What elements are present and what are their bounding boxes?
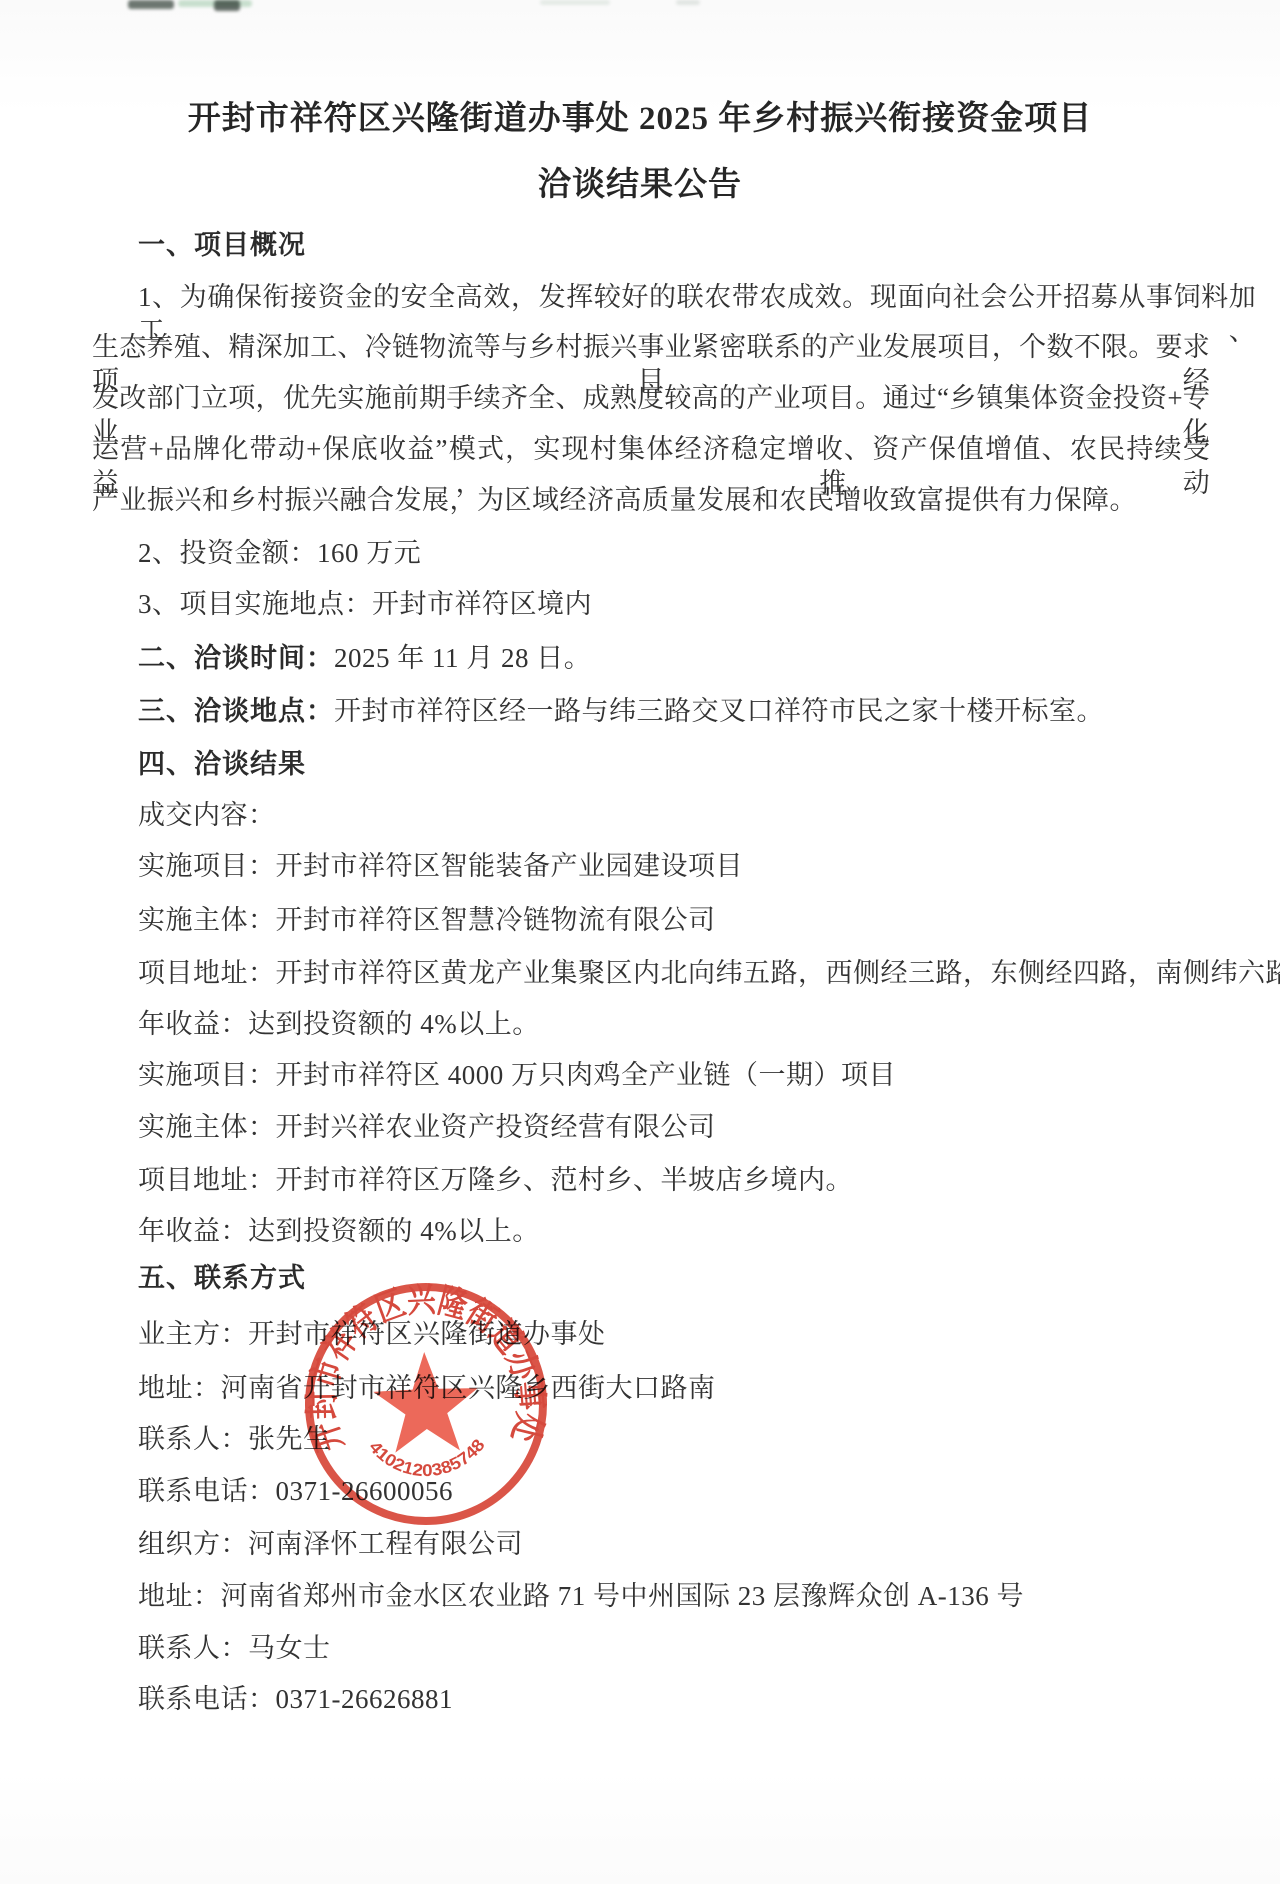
deal1-entity: 实施主体：开封市祥符区智慧冷链物流有限公司	[92, 903, 1256, 937]
section3-heading: 三、洽谈地点：	[138, 696, 334, 726]
deal2-entity: 实施主体：开封兴祥农业资产投资经营有限公司	[92, 1110, 1256, 1144]
scan-artifact	[214, 0, 240, 11]
section2-heading: 二、洽谈时间：	[138, 643, 334, 673]
negotiation-place-value: 开封市祥符区经一路与纬三路交叉口祥符市民之家十楼开标室。	[334, 696, 1104, 726]
announcement-document: 开封市祥符区兴隆街道办事处 2025 年乡村振兴衔接资金项目 洽谈结果公告 一、…	[0, 0, 1280, 1884]
deal2-yield: 年收益：达到投资额的 4%以上。	[92, 1214, 1256, 1248]
deal-intro: 成交内容：	[92, 798, 1256, 832]
negotiation-time-value: 2025 年 11 月 28 日。	[334, 643, 591, 673]
deal1-project: 实施项目：开封市祥符区智能装备产业园建设项目	[92, 849, 1256, 883]
section5-heading: 五、联系方式	[92, 1261, 1256, 1295]
owner-contact: 联系人：张先生	[92, 1422, 1256, 1456]
seal-serial-number: 4102120385748	[365, 1434, 490, 1483]
deal1-address: 项目地址：开封市祥符区黄龙产业集聚区内北向纬五路，西侧经三路，东侧经四路，南侧纬…	[92, 956, 1256, 990]
owner-phone: 联系电话：0371-26600056	[92, 1474, 1256, 1508]
section4-heading: 四、洽谈结果	[92, 747, 1256, 781]
document-title-line1: 开封市祥符区兴隆街道办事处 2025 年乡村振兴衔接资金项目	[0, 92, 1280, 139]
owner-address: 地址：河南省开封市祥符区兴隆乡西街大口路南	[92, 1371, 1256, 1405]
scan-artifact	[128, 0, 174, 9]
scan-artifact	[540, 0, 610, 5]
negotiation-time: 二、洽谈时间：2025 年 11 月 28 日。	[92, 641, 1256, 675]
implementation-location: 3、项目实施地点：开封市祥符区境内	[92, 587, 1256, 621]
deal1-yield: 年收益：达到投资额的 4%以上。	[92, 1007, 1256, 1041]
owner-party: 业主方：开封市祥符区兴隆街道办事处	[92, 1317, 1256, 1351]
official-seal-stamp: 开封市祥符区兴隆街道办事处 4102120385748	[296, 1274, 557, 1535]
investment-amount: 2、投资金额：160 万元	[92, 536, 1256, 570]
negotiation-place: 三、洽谈地点：开封市祥符区经一路与纬三路交叉口祥符市民之家十楼开标室。	[92, 694, 1256, 728]
organizer-phone: 联系电话：0371-26626881	[92, 1682, 1256, 1716]
deal2-address: 项目地址：开封市祥符区万隆乡、范村乡、半坡店乡境内。	[92, 1163, 1256, 1197]
paragraph-line: 产业振兴和乡村振兴融合发展，为区域经济高质量发展和农民增收致富提供有力保障。	[92, 483, 1210, 517]
organizer-address: 地址：河南省郑州市金水区农业路 71 号中州国际 23 层豫辉众创 A-136 …	[92, 1579, 1256, 1613]
organizer-contact: 联系人：马女士	[92, 1631, 1256, 1665]
section1-heading: 一、项目概况	[92, 228, 1256, 262]
seal-star-icon	[372, 1350, 480, 1453]
organizer-party: 组织方：河南泽怀工程有限公司	[92, 1527, 1256, 1561]
scan-artifact	[676, 0, 700, 5]
deal2-project: 实施项目：开封市祥符区 4000 万只肉鸡全产业链（一期）项目	[92, 1058, 1256, 1092]
document-title-line2: 洽谈结果公告	[0, 158, 1280, 205]
